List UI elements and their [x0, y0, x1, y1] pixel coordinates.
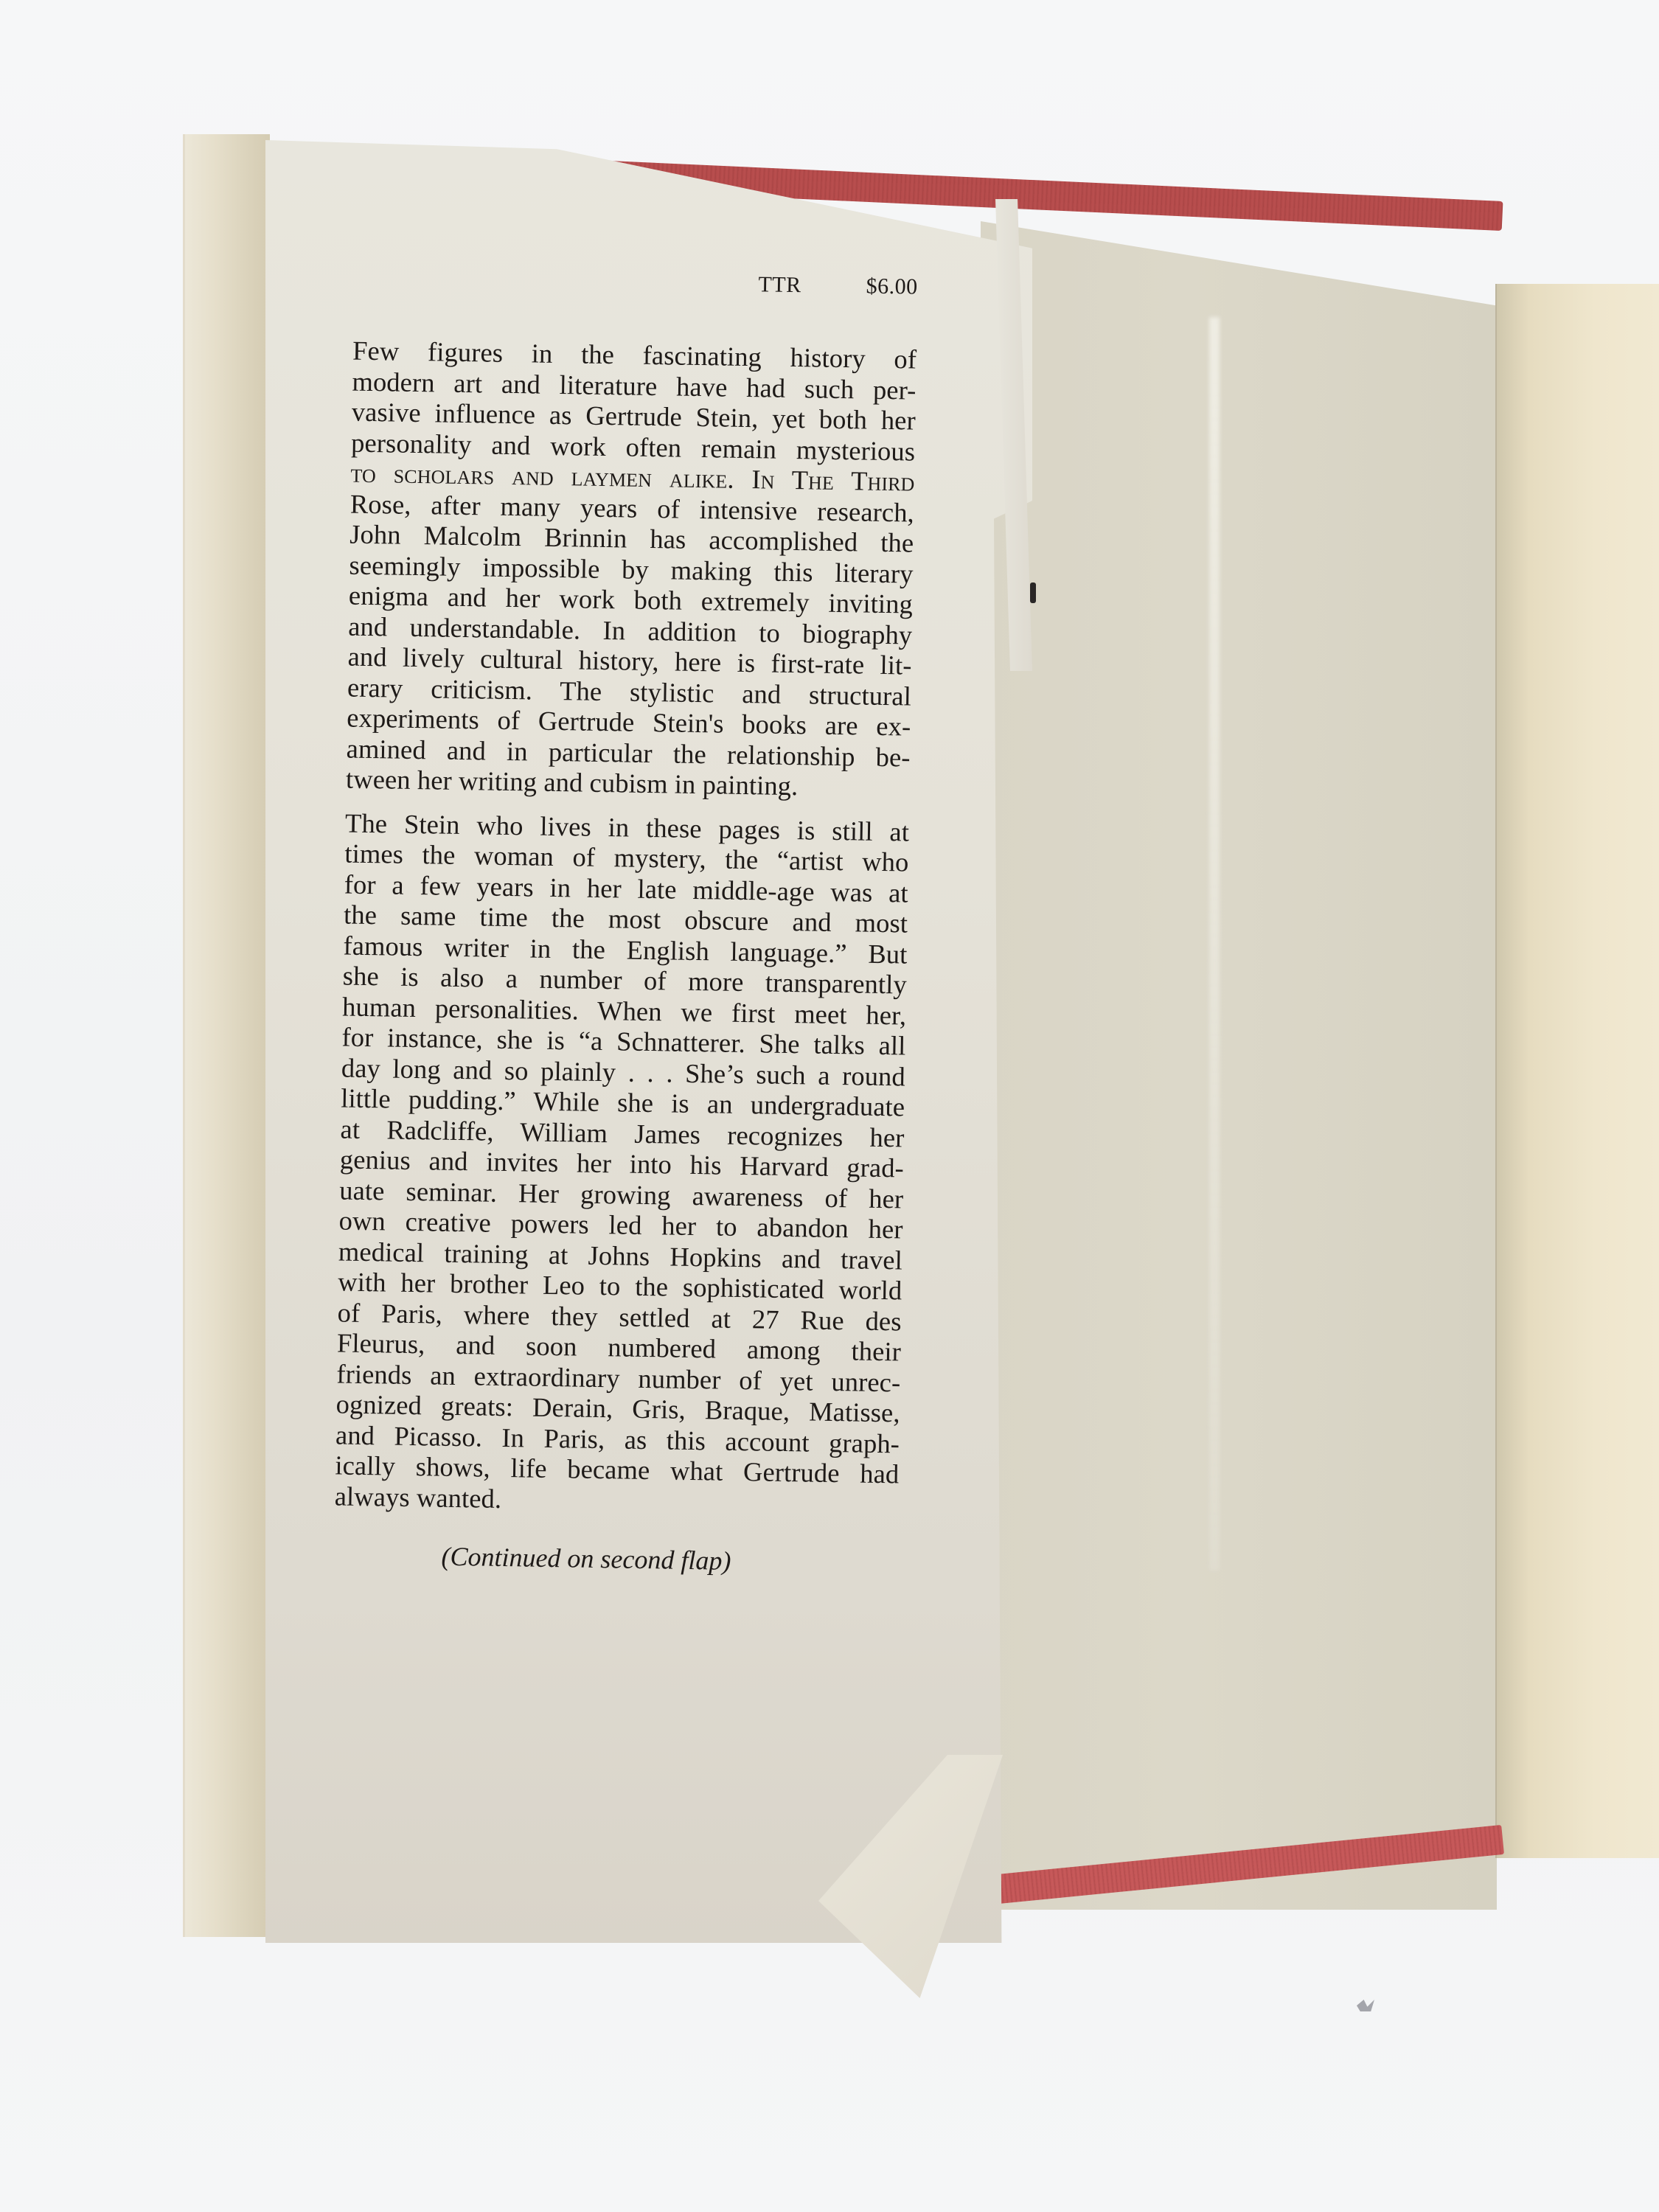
jacket-spine-fold — [183, 134, 270, 1937]
endpaper-light-streak — [1209, 317, 1220, 1571]
debris-speck — [1357, 2000, 1374, 2011]
photo-scene: TTR $6.00 Few figures in the fascinating… — [0, 0, 1659, 2212]
flap-notch — [1030, 582, 1036, 603]
paragraph-1: Few figures in the fascinating history o… — [316, 335, 917, 803]
flap-text-block: TTR $6.00 Few figures in the fascinating… — [304, 265, 918, 1579]
book-code: TTR — [758, 272, 801, 298]
endpaper — [981, 221, 1497, 1910]
price-label: $6.00 — [866, 274, 918, 300]
first-page-edge — [1495, 284, 1659, 1858]
paragraph-2: The Stein who lives in these pages is st… — [305, 807, 909, 1520]
